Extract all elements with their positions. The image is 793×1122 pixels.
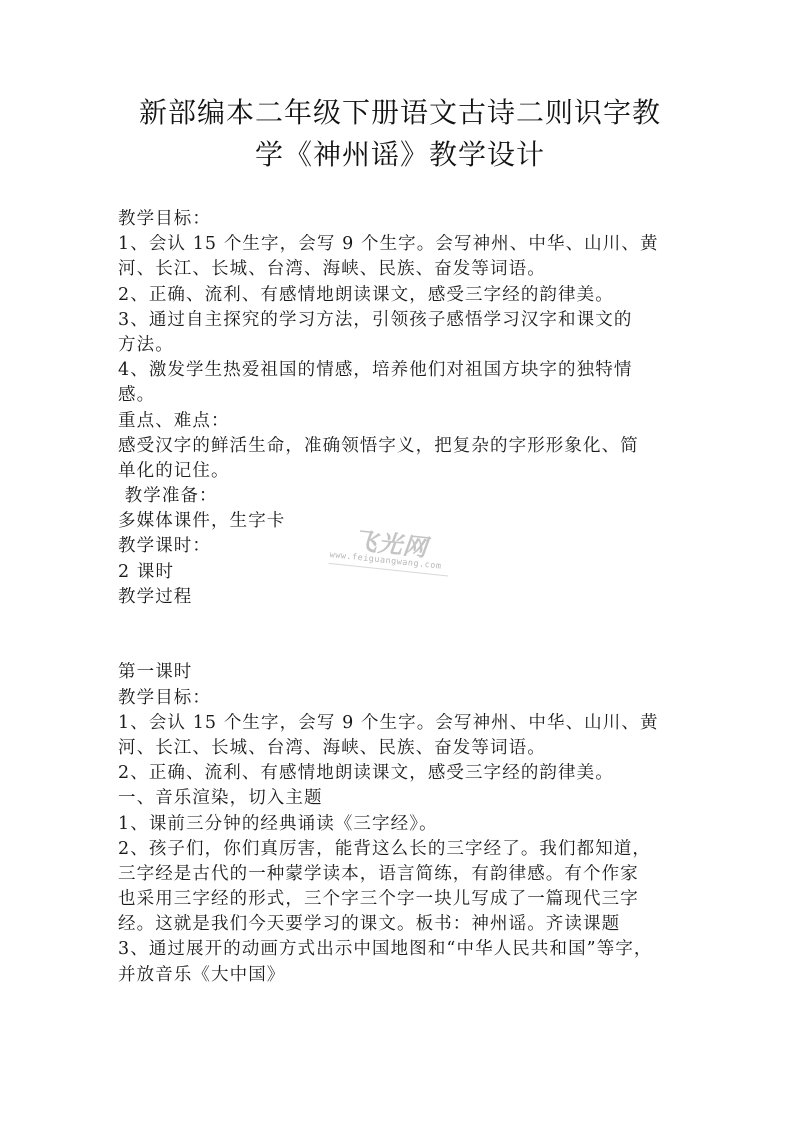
goal-item-2: 2、正确、流利、有感情地朗读课文，感受三字经的韵律美。 [118,283,678,308]
blank-line [118,635,678,660]
goal-item-4: 4、激发学生热爱祖国的情感，培养他们对祖国方块字的独特情 [118,358,678,383]
section-heading-class-hours: 教学课时： [118,534,678,559]
step-item-2: 2、孩子们，你们真厉害，能背这么长的三字经了。我们都知道， [118,837,678,862]
document-body: 教学目标： 1、会认 15 个生字，会写 9 个生字。会写神州、中华、山川、黄 … [118,207,678,988]
section-heading-teaching-goals-2: 教学目标： [118,686,678,711]
goal-item-3: 3、通过自主探究的学习方法，引领孩子感悟学习汉字和课文的 [118,308,678,333]
step-item-3: 3、通过展开的动画方式出示中国地图和“中华人民共和国”等字， [118,937,678,962]
step-item-2-cont-2: 也采用三字经的形式，三个字三个字一块儿写成了一篇现代三字 [118,887,678,912]
goal-item-3-cont: 方法。 [118,333,678,358]
title-line-1: 新部编本二年级下册语文古诗二则识字教 [100,92,700,134]
step-item-2-cont-1: 三字经是古代的一种蒙学读本，语言简练，有韵律感。有个作家 [118,862,678,887]
section-heading-key-points: 重点、难点： [118,409,678,434]
section-heading-preparation: 教学准备： [118,484,678,509]
preparation-text: 多媒体课件，生字卡 [118,509,678,534]
title-line-2: 学《神州谣》教学设计 [100,134,700,176]
blank-line [118,610,678,635]
goal-item-1: 1、会认 15 个生字，会写 9 个生字。会写神州、中华、山川、黄 [118,232,678,257]
step-item-3-cont: 并放音乐《大中国》 [118,963,678,988]
document-page: 新部编本二年级下册语文古诗二则识字教 学《神州谣》教学设计 教学目标： 1、会认… [0,0,793,1122]
section-heading-teaching-process: 教学过程 [118,585,678,610]
document-title: 新部编本二年级下册语文古诗二则识字教 学《神州谣》教学设计 [100,92,700,176]
step-heading-music-intro: 一、音乐渲染，切入主题 [118,786,678,811]
section-heading-first-lesson: 第一课时 [118,660,678,685]
key-points-text-cont: 单化的记住。 [118,459,678,484]
lesson1-goal-item-1-cont: 河、长江、长城、台湾、海峡、民族、奋发等词语。 [118,736,678,761]
lesson1-goal-item-1: 1、会认 15 个生字，会写 9 个生字。会写神州、中华、山川、黄 [118,711,678,736]
section-heading-teaching-goals: 教学目标： [118,207,678,232]
step-item-1: 1、课前三分钟的经典诵读《三字经》。 [118,812,678,837]
class-hours-text: 2 课时 [118,560,678,585]
key-points-text: 感受汉字的鲜活生命，准确领悟字义，把复杂的字形形象化、简 [118,434,678,459]
goal-item-1-cont: 河、长江、长城、台湾、海峡、民族、奋发等词语。 [118,257,678,282]
lesson1-goal-item-2: 2、正确、流利、有感情地朗读课文，感受三字经的韵律美。 [118,761,678,786]
goal-item-4-cont: 感。 [118,383,678,408]
step-item-2-cont-3: 经。这就是我们今天要学习的课文。板书：神州谣。齐读课题 [118,912,678,937]
